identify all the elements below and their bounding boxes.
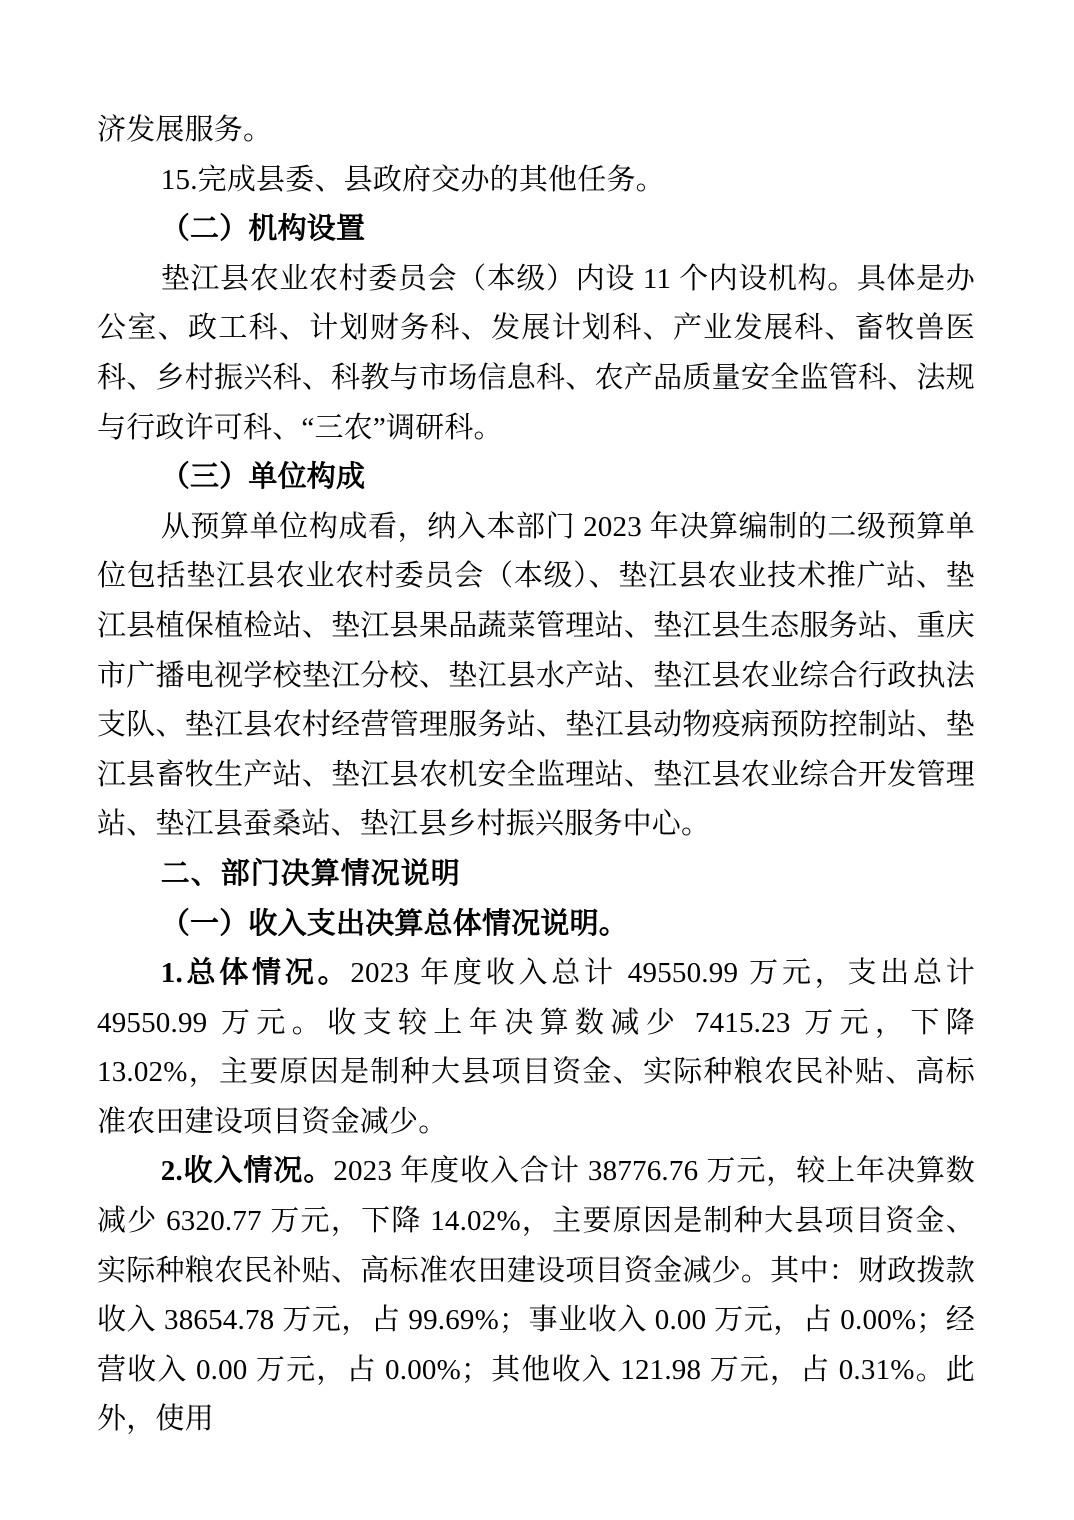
bold-text-run: 1.总体情况。 [161, 957, 351, 989]
document-page: 济发展服务。15.完成县委、县政府交办的其他任务。（二）机构设置垫江县农业农村委… [0, 0, 1074, 1520]
bold-text-run: 二、部门决算情况说明 [161, 858, 461, 890]
para-task-15: 15.完成县委、县政府交办的其他任务。 [97, 156, 975, 206]
heading-2-org-setup: （二）机构设置 [97, 205, 975, 255]
heading-section-2: 二、部门决算情况说明 [97, 850, 975, 900]
bold-text-run: （二）机构设置 [161, 213, 365, 245]
para-income-situation: 2.收入情况。2023 年度收入合计 38776.76 万元，较上年决算数减少 … [97, 1147, 975, 1445]
para-overall-situation: 1.总体情况。2023 年度收入总计 49550.99 万元，支出总计 4955… [97, 949, 975, 1147]
heading-3-unit-composition: （三）单位构成 [97, 453, 975, 503]
bold-text-run: （一）收入支出决算总体情况说明。 [161, 908, 628, 940]
para-unit-composition-detail: 从预算单位构成看，纳入本部门 2023 年决算编制的二级预算单位包括垫江县农业农… [97, 503, 975, 850]
heading-2-1-overview: （一）收入支出决算总体情况说明。 [97, 900, 975, 950]
para-org-setup-detail: 垫江县农业农村委员会（本级）内设 11 个内设机构。具体是办公室、政工科、计划财… [97, 255, 975, 453]
bold-text-run: （三）单位构成 [161, 461, 365, 493]
para-carryover-tail: 济发展服务。 [97, 106, 975, 156]
text-run: 垫江县农业农村委员会（本级）内设 11 个内设机构。具体是办公室、政工科、计划财… [97, 263, 975, 444]
text-run: 2023 年度收入合计 38776.76 万元，较上年决算数减少 6320.77… [97, 1155, 975, 1435]
text-run: 15.完成县委、县政府交办的其他任务。 [161, 164, 665, 196]
document-body: 济发展服务。15.完成县委、县政府交办的其他任务。（二）机构设置垫江县农业农村委… [97, 106, 975, 1445]
bold-text-run: 2.收入情况。 [161, 1155, 333, 1187]
text-run: 从预算单位构成看，纳入本部门 2023 年决算编制的二级预算单位包括垫江县农业农… [97, 511, 975, 841]
text-run: 济发展服务。 [97, 114, 272, 146]
